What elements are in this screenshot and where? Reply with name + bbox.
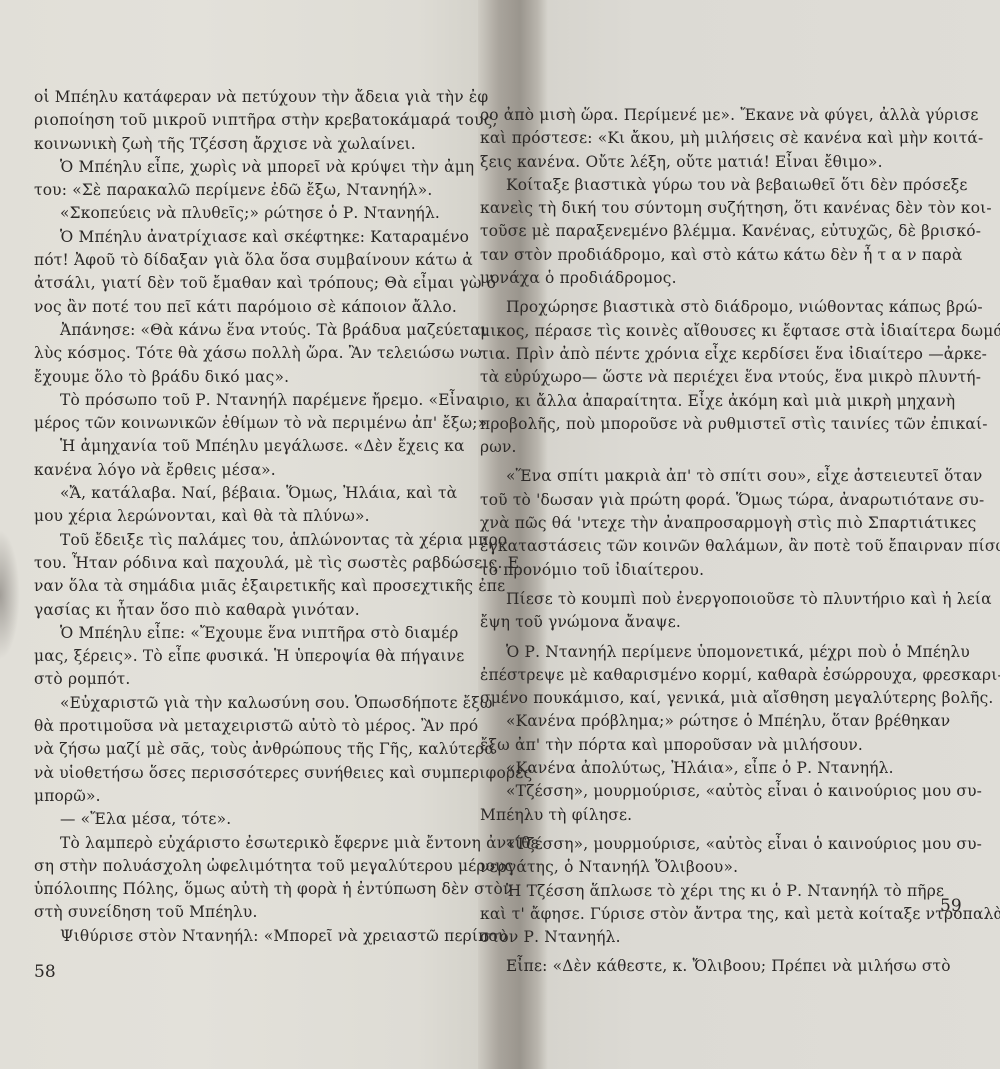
text-line: «Σκοπεύεις νὰ πλυθεῖς;» ρώτησε ὁ Ρ. Νταν…	[34, 202, 484, 225]
page-number-left: 58	[34, 962, 56, 982]
text-line: ταν στὸν προδιάδρομο, καὶ στὸ κάτω κάτω …	[480, 244, 980, 267]
text-line: κανένα λόγο νὰ ἔρθεις μέσα».	[34, 459, 484, 482]
text-line: λὺς κόσμος. Τότε θὰ χάσω πολλὴ ὥρα. Ἂν τ…	[34, 342, 484, 365]
text-line: Κοίταξε βιαστικὰ γύρω του νὰ βεβαιωθεῖ ὅ…	[480, 174, 980, 197]
text-line: ση στὴν πολυάσχολη ὠφελιμότητα τοῦ μεγαλ…	[34, 855, 484, 878]
text-line: ἐπέστρεψε μὲ καθαρισμένο κορμί, καθαρὰ ἐ…	[480, 664, 980, 687]
text-line: «Κανένα πρόβλημα;» ρώτησε ὁ Μπέηλυ, ὅταν…	[480, 710, 980, 733]
text-line: «Τζέσση», μουρμούρισε, «αὐτὸς εἶναι ὁ κα…	[480, 833, 980, 856]
text-line: Ὁ Μπέηλυ εἶπε: «Ἔχουμε ἕνα νιπτῆρα στὸ δ…	[34, 622, 484, 645]
text-line: νὰ υἱοθετήσω ὅσες περισσότερες συνήθειες…	[34, 762, 484, 785]
text-line: νος ἂν ποτέ του πεῖ κάτι παρόμοιο σὲ κάπ…	[34, 296, 484, 319]
text-line: τοῦσε μὲ παραξενεμένο βλέμμα. Κανένας, ε…	[480, 220, 980, 243]
text-line: — «Ἔλα μέσα, τότε».	[34, 808, 484, 831]
text-line: Ἀπάνησε: «Θὰ κάνω ἕνα ντούς. Τὰ βράδυα μ…	[34, 319, 484, 342]
text-line: του. Ἦταν ρόδινα καὶ παχουλά, μὲ τὶς σωσ…	[34, 552, 484, 575]
text-line: «Τζέσση», μουρμούρισε, «αὐτὸς εἶναι ὁ κα…	[480, 780, 980, 803]
text-line: Ἡ ἀμηχανία τοῦ Μπέηλυ μεγάλωσε. «Δὲν ἔχε…	[34, 435, 484, 458]
text-line: κανεὶς τὴ δική του σύντομη συζήτηση, ὅτι…	[480, 197, 980, 220]
text-line: Ὁ Ρ. Ντανηήλ περίμενε ὑπομονετικά, μέχρι…	[480, 641, 980, 664]
text-line: ριο, κι ἄλλα ἀπαραίτητα. Εἶχε ἀκόμη καὶ …	[480, 390, 980, 413]
text-line: ρο ἀπὸ μισὴ ὥρα. Περίμενέ με». Ἔκανε νὰ …	[480, 104, 980, 127]
text-line: σμένο πουκάμισο, καί, γενικά, μιὰ αἴσθησ…	[480, 687, 980, 710]
text-line: Προχώρησε βιαστικὰ στὸ διάδρομο, νιώθοντ…	[480, 296, 980, 319]
text-line: ἐγκαταστάσεις τῶν κοινῶν θαλάμων, ἂν ποτ…	[480, 535, 980, 558]
text-line: ὑπόλοιπης Πόλης, ὅμως αὐτὴ τὴ φορὰ ἡ ἐντ…	[34, 878, 484, 901]
text-line: τὸ προνόμιο τοῦ ἰδιαίτερου.	[480, 559, 980, 582]
text-line: θὰ προτιμοῦσα νὰ μεταχειριστῶ αὐτὸ τὸ μέ…	[34, 715, 484, 738]
text-line: ἀτσάλι, γιατί δὲν τοῦ ἔμαθαν καὶ τρόπους…	[34, 272, 484, 295]
text-line: Πίεσε τὸ κουμπὶ ποὺ ἐνεργοποιοῦσε τὸ πλυ…	[480, 588, 980, 611]
text-line: καὶ τ' ἄφησε. Γύρισε στὸν ἄντρα της, καὶ…	[480, 903, 980, 926]
text-line: νεργάτης, ὁ Ντανηήλ Ὄλιβοου».	[480, 856, 980, 879]
text-line: κοινωνικὴ ζωὴ τῆς Τζέσση ἄρχισε νὰ χωλαί…	[34, 133, 484, 156]
text-line: ρων.	[480, 436, 980, 459]
text-line: στὸ ρομπότ.	[34, 668, 484, 691]
text-line: μας, ξέρεις». Τὸ εἶπε φυσικά. Ἡ ὑπεροψία…	[34, 645, 484, 668]
text-line: χνὰ πῶς θά 'ντεχε τὴν ἀναπροσαρμογὴ στὶς…	[480, 512, 980, 535]
text-line: «Ἄ, κατάλαβα. Ναί, βέβαια. Ὅμως, Ἠλάια, …	[34, 482, 484, 505]
text-line: μέρος τῶν κοινωνικῶν ἐθίμων τὸ νὰ περιμέ…	[34, 412, 484, 435]
text-line: τὰ εὐρύχωρο— ὥστε νὰ περιέχει ἕνα ντούς,…	[480, 366, 980, 389]
text-line: στὴ συνείδηση τοῦ Μπέηλυ.	[34, 901, 484, 924]
text-line: Ψιθύρισε στὸν Ντανηήλ: «Μπορεῖ νὰ χρειασ…	[34, 925, 484, 948]
text-line: ριοποίηση τοῦ μικροῦ νιπτῆρα στὴν κρεβατ…	[34, 109, 484, 132]
text-line: νὰ ζήσω μαζί μὲ σᾶς, τοὺς ἀνθρώπους τῆς …	[34, 738, 484, 761]
text-line: οἱ Μπέηλυ κατάφεραν νὰ πετύχουν τὴν ἄδει…	[34, 86, 484, 109]
text-line: ἔξω ἀπ' τὴν πόρτα καὶ μποροῦσαν νὰ μιλήσ…	[480, 734, 980, 757]
text-line: «Κανένα ἀπολύτως, Ἠλάια», εἶπε ὁ Ρ. Νταν…	[480, 757, 980, 780]
text-line: τια. Πρὶν ἀπὸ πέντε χρόνια εἶχε κερδίσει…	[480, 343, 980, 366]
text-line: καὶ πρόστεσε: «Κι ἄκου, μὴ μιλήσεις σὲ κ…	[480, 127, 980, 150]
book-spread: οἱ Μπέηλυ κατάφεραν νὰ πετύχουν τὴν ἄδει…	[0, 0, 1000, 1069]
text-line: Τὸ λαμπερὸ εὐχάριστο ἐσωτερικὸ ἔφερνε μι…	[34, 832, 484, 855]
text-line: ἔψη τοῦ γνώμονα ἄναψε.	[480, 611, 980, 634]
text-line: Ἡ Τζέσση ἅπλωσε τὸ χέρι της κι ὁ Ρ. Νταν…	[480, 880, 980, 903]
text-line: μικος, πέρασε τὶς κοινὲς αἴθουσες κι ἔφτ…	[480, 320, 980, 343]
text-line: πότ! Ἀφοῦ τὸ δίδαξαν γιὰ ὅλα ὅσα συμβαίν…	[34, 249, 484, 272]
text-line: Εἶπε: «Δὲν κάθεστε, κ. Ὄλιβοου; Πρέπει ν…	[480, 955, 980, 978]
text-line: Ὁ Μπέηλυ ἀνατρίχιασε καὶ σκέφτηκε: Καταρ…	[34, 226, 484, 249]
text-line: Τοῦ ἔδειξε τὶς παλάμες του, ἁπλώνοντας τ…	[34, 529, 484, 552]
text-line: τοῦ τὸ 'δωσαν γιὰ πρώτη φορά. Ὅμως τώρα,…	[480, 489, 980, 512]
right-page-text: ρο ἀπὸ μισὴ ὥρα. Περίμενέ με». Ἔκανε νὰ …	[480, 104, 980, 979]
text-line: Ὁ Μπέηλυ εἶπε, χωρὶς νὰ μπορεῖ νὰ κρύψει…	[34, 156, 484, 179]
text-line: ἔχουμε ὅλο τὸ βράδυ δικό μας».	[34, 366, 484, 389]
text-line: μπορῶ».	[34, 785, 484, 808]
text-line: «Εὐχαριστῶ γιὰ τὴν καλωσύνη σου. Ὁπωσδήπ…	[34, 692, 484, 715]
text-line: ναν ὅλα τὰ σημάδια μιᾶς ἐξαιρετικῆς καὶ …	[34, 575, 484, 598]
text-line: μου χέρια λερώνονται, καὶ θὰ τὰ πλύνω».	[34, 505, 484, 528]
text-line: ξεις κανένα. Οὔτε λέξη, οὔτε ματιά! Εἶνα…	[480, 151, 980, 174]
text-line: γασίας κι ἦταν ὅσο πιὸ καθαρὰ γινόταν.	[34, 599, 484, 622]
text-line: Μπέηλυ τὴ φίλησε.	[480, 804, 980, 827]
text-line: Τὸ πρόσωπο τοῦ Ρ. Ντανηήλ παρέμενε ἤρεμο…	[34, 389, 484, 412]
left-page-text: οἱ Μπέηλυ κατάφεραν νὰ πετύχουν τὴν ἄδει…	[34, 86, 484, 948]
text-line: του: «Σὲ παρακαλῶ περίμενε ἐδῶ ἔξω, Νταν…	[34, 179, 484, 202]
page-number-right: 59	[940, 896, 962, 916]
text-line: «Ἕνα σπίτι μακριὰ ἀπ' τὸ σπίτι σου», εἶχ…	[480, 465, 980, 488]
text-line: προβολῆς, ποὺ μποροῦσε νὰ ρυθμιστεῖ στὶς…	[480, 413, 980, 436]
text-line: μονάχα ὁ προδιάδρομος.	[480, 267, 980, 290]
text-line: στὸν Ρ. Ντανηήλ.	[480, 926, 980, 949]
